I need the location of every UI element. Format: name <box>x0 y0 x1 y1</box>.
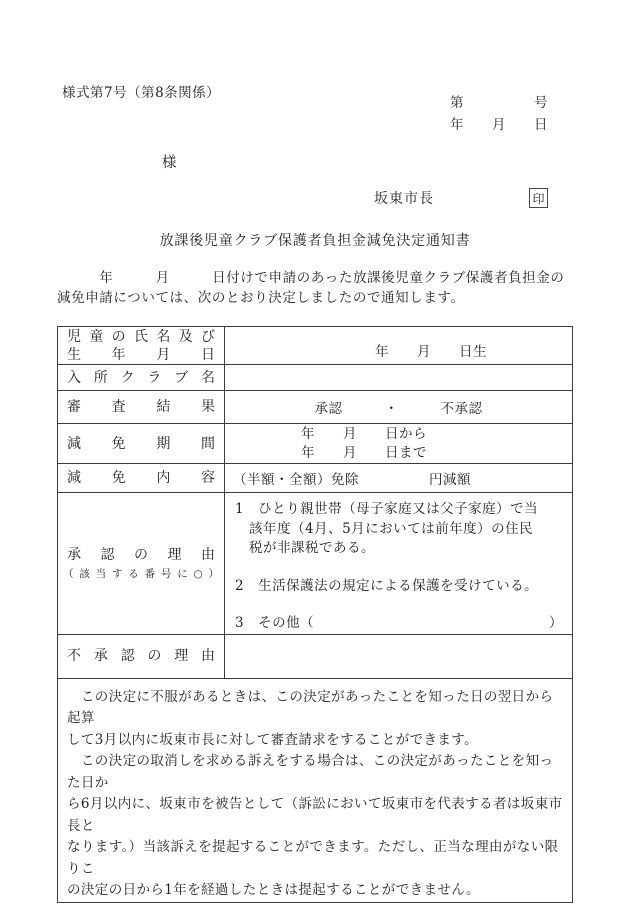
child-name-label: 児童の氏名及び <box>58 328 224 346</box>
approval-reason-3-close-paren: ） <box>549 614 563 634</box>
seal-stamp-icon: 印 <box>529 188 548 208</box>
document-date-line: 年 月 日 <box>450 115 548 137</box>
approval-reason-header: 承認の理由 （該当する番号に○） <box>58 493 225 635</box>
document-number-line: 第 号 <box>450 93 548 115</box>
approval-reason-field: 1 ひとり親世帯（母子家庭又は父子家庭）で当 該年度（4月、5月においては前年度… <box>225 493 573 635</box>
review-result-label: 審査結果 <box>58 398 224 416</box>
club-name-label: 入所クラブ名 <box>58 369 224 387</box>
club-name-field <box>225 365 573 391</box>
exemption-period-header: 減免期間 <box>58 424 225 464</box>
exemption-content-header: 減免内容 <box>58 464 225 493</box>
document-title: 放課後児童クラブ保護者負担金減免決定通知書 <box>0 230 630 250</box>
approval-reason-label: 承認の理由 <box>58 546 224 564</box>
period-from-value: 年 月 日から <box>225 425 572 444</box>
table-row-exemption-content: 減免内容 （半額・全額）免除 円減額 <box>58 464 573 493</box>
exemption-period-label: 減免期間 <box>58 435 224 453</box>
table-row-approval-reason: 承認の理由 （該当する番号に○） 1 ひとり親世帯（母子家庭又は父子家庭）で当 … <box>58 493 573 635</box>
table-row-denial-reason: 不承認の理由 <box>58 634 573 678</box>
issuer-row: 坂東市長 印 <box>374 188 548 208</box>
child-name-header: 児童の氏名及び 生年月日 <box>58 327 225 365</box>
birthdate-blank-value: 年 月 日生 <box>225 343 572 364</box>
intro-paragraph: 年 月 日付けで申請のあった放課後児童クラブ保護者負担金の 減免申請については、… <box>57 268 573 308</box>
approval-reason-sublabel: （該当する番号に○） <box>58 568 224 581</box>
period-to-value: 年 月 日まで <box>225 444 572 463</box>
denial-reason-field <box>225 634 573 678</box>
review-result-header: 審査結果 <box>58 391 225 424</box>
appeal-note-paragraph-1: この決定に不服があるときは、この決定があったことを知った日の翌日から起算 して3… <box>67 687 563 752</box>
exemption-period-field: 年 月 日から 年 月 日まで <box>225 424 573 464</box>
table-row-club-name: 入所クラブ名 <box>58 365 573 391</box>
decision-table: 児童の氏名及び 生年月日 年 月 日生 入所クラブ名 審査結果 承認 ・ 不承認… <box>57 326 573 903</box>
issuer-name: 坂東市長 <box>374 188 434 208</box>
child-name-field: 年 月 日生 <box>225 327 573 365</box>
exemption-content-value: （半額・全額）免除 円減額 <box>225 464 573 493</box>
exemption-content-label: 減免内容 <box>58 469 224 487</box>
denial-reason-header: 不承認の理由 <box>58 634 225 678</box>
birthdate-label: 生年月日 <box>58 346 224 364</box>
document-meta: 第 号 年 月 日 <box>450 93 548 136</box>
approval-reason-3-text: 3 その他（ <box>235 614 314 634</box>
table-row-review-result: 審査結果 承認 ・ 不承認 <box>58 391 573 424</box>
document-page: 様式第7号（第8条関係） 第 号 年 月 日 様 坂東市長 印 放課後児童クラブ… <box>0 0 630 903</box>
review-result-value: 承認 ・ 不承認 <box>225 391 573 424</box>
table-row-exemption-period: 減免期間 年 月 日から 年 月 日まで <box>58 424 573 464</box>
form-number: 様式第7号（第8条関係） <box>62 81 220 101</box>
table-row-appeal-note: この決定に不服があるときは、この決定があったことを知った日の翌日から起算 して3… <box>58 678 573 902</box>
denial-reason-label: 不承認の理由 <box>58 647 224 665</box>
appeal-note-paragraph-2: この決定の取消しを求める訴えをする場合は、この決定があったことを知った日か ら6… <box>67 751 563 902</box>
approval-reason-item-1: 1 ひとり親世帯（母子家庭又は父子家庭）で当 該年度（4月、5月においては前年度… <box>235 500 563 559</box>
approval-reason-item-3: 3 その他（ ） <box>235 614 563 634</box>
approval-reason-item-2: 2 生活保護法の規定による保護を受けている。 <box>235 577 563 597</box>
appeal-note-cell: この決定に不服があるときは、この決定があったことを知った日の翌日から起算 して3… <box>58 678 573 902</box>
club-name-header: 入所クラブ名 <box>58 365 225 391</box>
addressee-honorific: 様 <box>162 151 177 172</box>
table-row-child-name: 児童の氏名及び 生年月日 年 月 日生 <box>58 327 573 365</box>
